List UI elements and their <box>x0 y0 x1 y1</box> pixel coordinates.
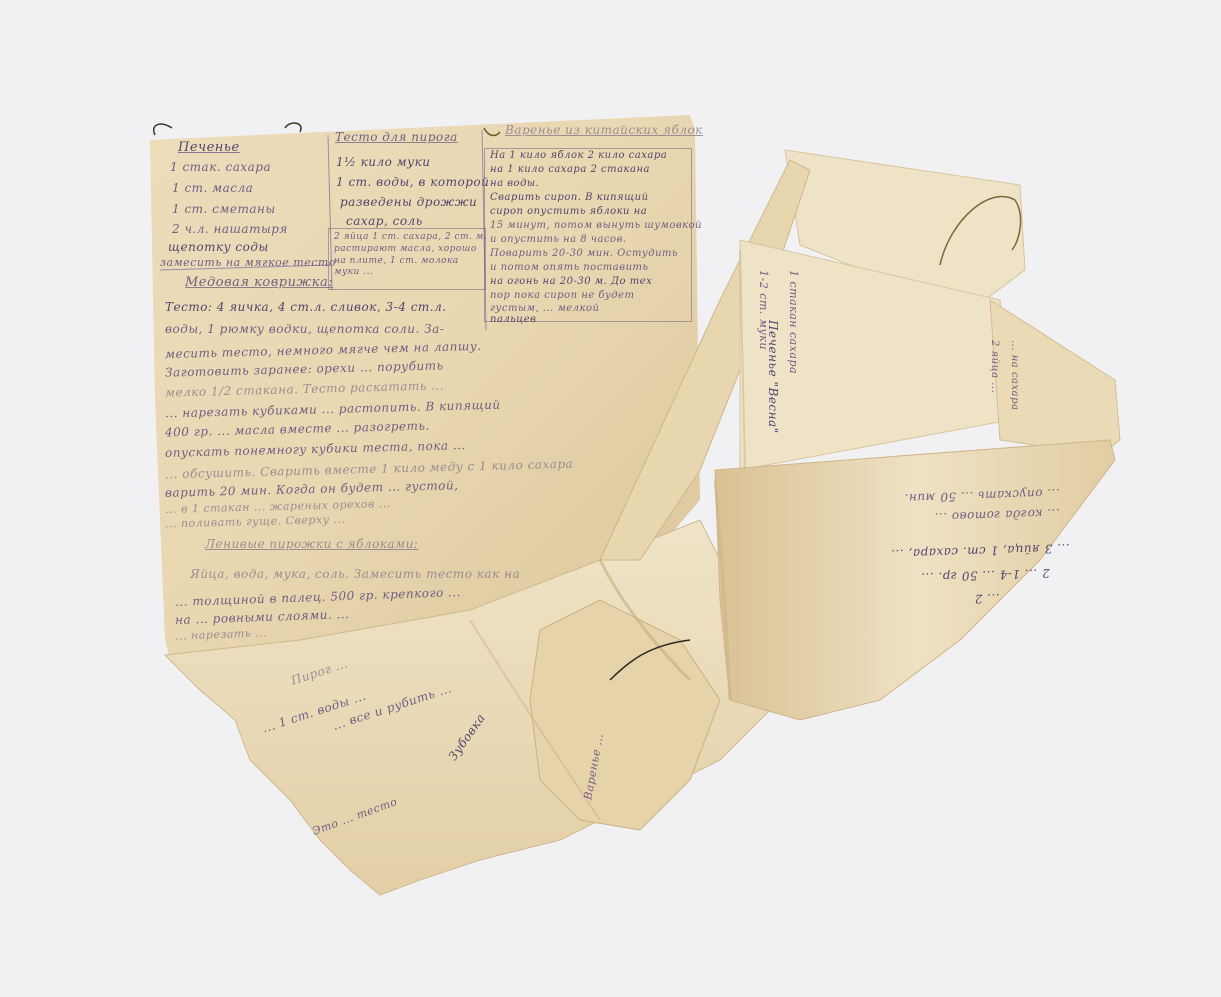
recipe-line: замесить на мягкое тесто <box>160 256 336 269</box>
note-line: 2 яйца 1 ст. сахара, 2 ст. м. <box>334 232 487 242</box>
recipe-line: и потом опять поставить <box>490 262 648 273</box>
recipe-heading-testo: Тесто для пирога <box>335 130 458 144</box>
recipe-line: 1½ кило муки <box>336 155 430 169</box>
photo-scene: Печенье 1 стак. сахара 1 ст. масла 1 ст.… <box>0 0 1221 997</box>
recipe-heading-pirozhki: Ленивые пирожки с яблоками: <box>205 537 418 551</box>
recipe-line: 2 ч.л. нашатыря <box>172 222 288 236</box>
note-line: муки ... <box>334 267 373 277</box>
thread-loop-left <box>154 124 172 135</box>
recipe-line: пальцев <box>490 314 536 325</box>
recipe-line: Сварить сироп. В кипящий <box>490 192 649 203</box>
recipe-line: 1 стак. сахара <box>170 160 271 174</box>
recipe-line: на 1 кило сахара 2 стакана <box>490 164 650 175</box>
upside-down-line: ... 2 <box>974 591 1000 606</box>
recipe-line: пор пока сироп не будет <box>490 290 635 301</box>
recipe-line: сахар, соль <box>346 214 423 228</box>
recipe-heading-kovrizhka: Медовая коврижка: <box>185 275 333 290</box>
recipe-line: на огонь на 20-30 м. До тех <box>490 276 652 287</box>
fold-line: 1-2 ст. муки <box>757 270 770 350</box>
recipe-line: 1 ст. сметаны <box>172 202 276 216</box>
recipe-heading-pechenye: Печенье <box>178 140 240 155</box>
recipe-line: Тесто: 4 яичка, 4 ст.л. сливок, 3-4 ст.л… <box>165 300 447 314</box>
recipe-line: 1 ст. воды, в которой <box>336 175 489 189</box>
recipe-line: густым, ... мелкой <box>490 303 599 314</box>
recipe-line: сироп опустить яблоки на <box>490 206 647 217</box>
recipe-line: На 1 кило яблок 2 кило сахара <box>490 150 667 161</box>
recipe-heading-varenye: Варенье из китайских яблок <box>505 123 703 137</box>
recipe-line: Поварить 20-30 мин. Остудить <box>490 248 678 259</box>
recipe-line: разведены дрожжи <box>340 195 477 209</box>
fold-line: ... на сахара <box>1009 340 1020 410</box>
note-line: растирают масла, хорошо <box>334 244 477 254</box>
recipe-line: 15 минут, потом вынуть шумовкой <box>490 220 702 231</box>
recipe-line: на воды. <box>490 178 539 189</box>
recipe-line: Яйца, вода, мука, соль. Замесить тесто к… <box>190 567 520 581</box>
recipe-line: воды, 1 рюмку водки, щепотка соли. За- <box>165 322 444 336</box>
fold-line: 2 яйца ... <box>989 340 1000 393</box>
note-line: на плите, 1 ст. молока <box>334 256 459 266</box>
fold-line: 1 стакан сахара <box>787 270 800 374</box>
recipe-line: щепотку соды <box>168 240 269 254</box>
recipe-line: и опустить на 8 часов. <box>490 234 627 245</box>
recipe-line: 1 ст. масла <box>172 181 253 195</box>
